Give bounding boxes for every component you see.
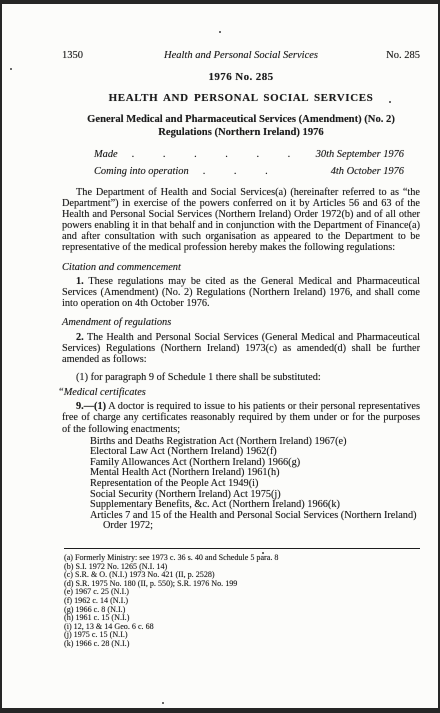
regulation-1: 1. These regulations may be cited as the…	[62, 276, 420, 309]
document-page: 1350 Health and Personal Social Services…	[2, 4, 438, 708]
scan-speck	[262, 552, 264, 554]
paragraph-9: 9.—(1) A doctor is required to issue to …	[62, 401, 420, 434]
running-title: Health and Personal Social Services	[132, 50, 350, 61]
enactment-item: Articles 7 and 15 of the Health and Pers…	[103, 511, 420, 532]
sub-item-1: (1) for paragraph 9 of Schedule 1 there …	[62, 372, 420, 383]
page-number: 1350	[62, 50, 132, 61]
statutory-rule-number: 1976 No. 285	[62, 71, 420, 83]
regulation-2-number: 2.	[76, 332, 84, 343]
dot-leader: . . .	[203, 165, 321, 178]
made-row: Made . . . . . . 30th September 1976	[94, 148, 404, 161]
regulation-2-text: The Health and Personal Social Services …	[62, 332, 420, 365]
scan-frame: 1350 Health and Personal Social Services…	[0, 0, 440, 713]
made-date: 30th September 1976	[316, 148, 404, 161]
scan-speck	[162, 702, 164, 704]
document-title: General Medical and Pharmaceutical Servi…	[62, 113, 420, 139]
enactments-list: Births and Deaths Registration Act (Nort…	[62, 437, 420, 532]
operation-label: Coming into operation	[94, 165, 189, 178]
made-label: Made	[94, 148, 118, 161]
scan-speck	[389, 101, 391, 103]
dates-block: Made . . . . . . 30th September 1976 Com…	[94, 148, 404, 178]
regulation-2: 2. The Health and Personal Social Servic…	[62, 332, 420, 365]
footnotes-block: (a) Formerly Ministry: see 1973 c. 36 s.…	[62, 554, 420, 649]
page-content: 1350 Health and Personal Social Services…	[2, 50, 438, 648]
dot-leader: . . . . . .	[132, 148, 306, 161]
enactment-item: Representation of the People Act 1949(i)	[103, 479, 420, 490]
operation-date: 4th October 1976	[331, 165, 404, 178]
regulation-1-text: These regulations may be cited as the Ge…	[62, 276, 420, 309]
regulation-1-number: 1.	[76, 276, 84, 287]
footnote-rule	[64, 548, 420, 549]
scan-speck	[10, 68, 12, 70]
quoted-heading: “Medical certificates	[58, 387, 420, 398]
category-heading: HEALTH AND PERSONAL SOCIAL SERVICES	[62, 92, 420, 104]
paragraph-9-number: 9.—(1)	[76, 401, 106, 412]
document-title-line1: General Medical and Pharmaceutical Servi…	[62, 113, 420, 126]
citation-heading: Citation and commencement	[62, 262, 420, 274]
operation-row: Coming into operation . . . 4th October …	[94, 165, 404, 178]
paragraph-9-text: A doctor is required to issue to his pat…	[62, 401, 420, 434]
document-title-line2: Regulations (Northern Ireland) 1976	[62, 126, 420, 139]
footnote: (k) 1966 c. 28 (N.I.)	[64, 640, 420, 649]
running-number: No. 285	[350, 50, 420, 61]
running-header: 1350 Health and Personal Social Services…	[62, 50, 420, 61]
amendment-heading: Amendment of regulations	[62, 317, 420, 329]
preamble-paragraph: The Department of Health and Social Serv…	[62, 187, 420, 254]
scan-speck	[219, 31, 221, 33]
